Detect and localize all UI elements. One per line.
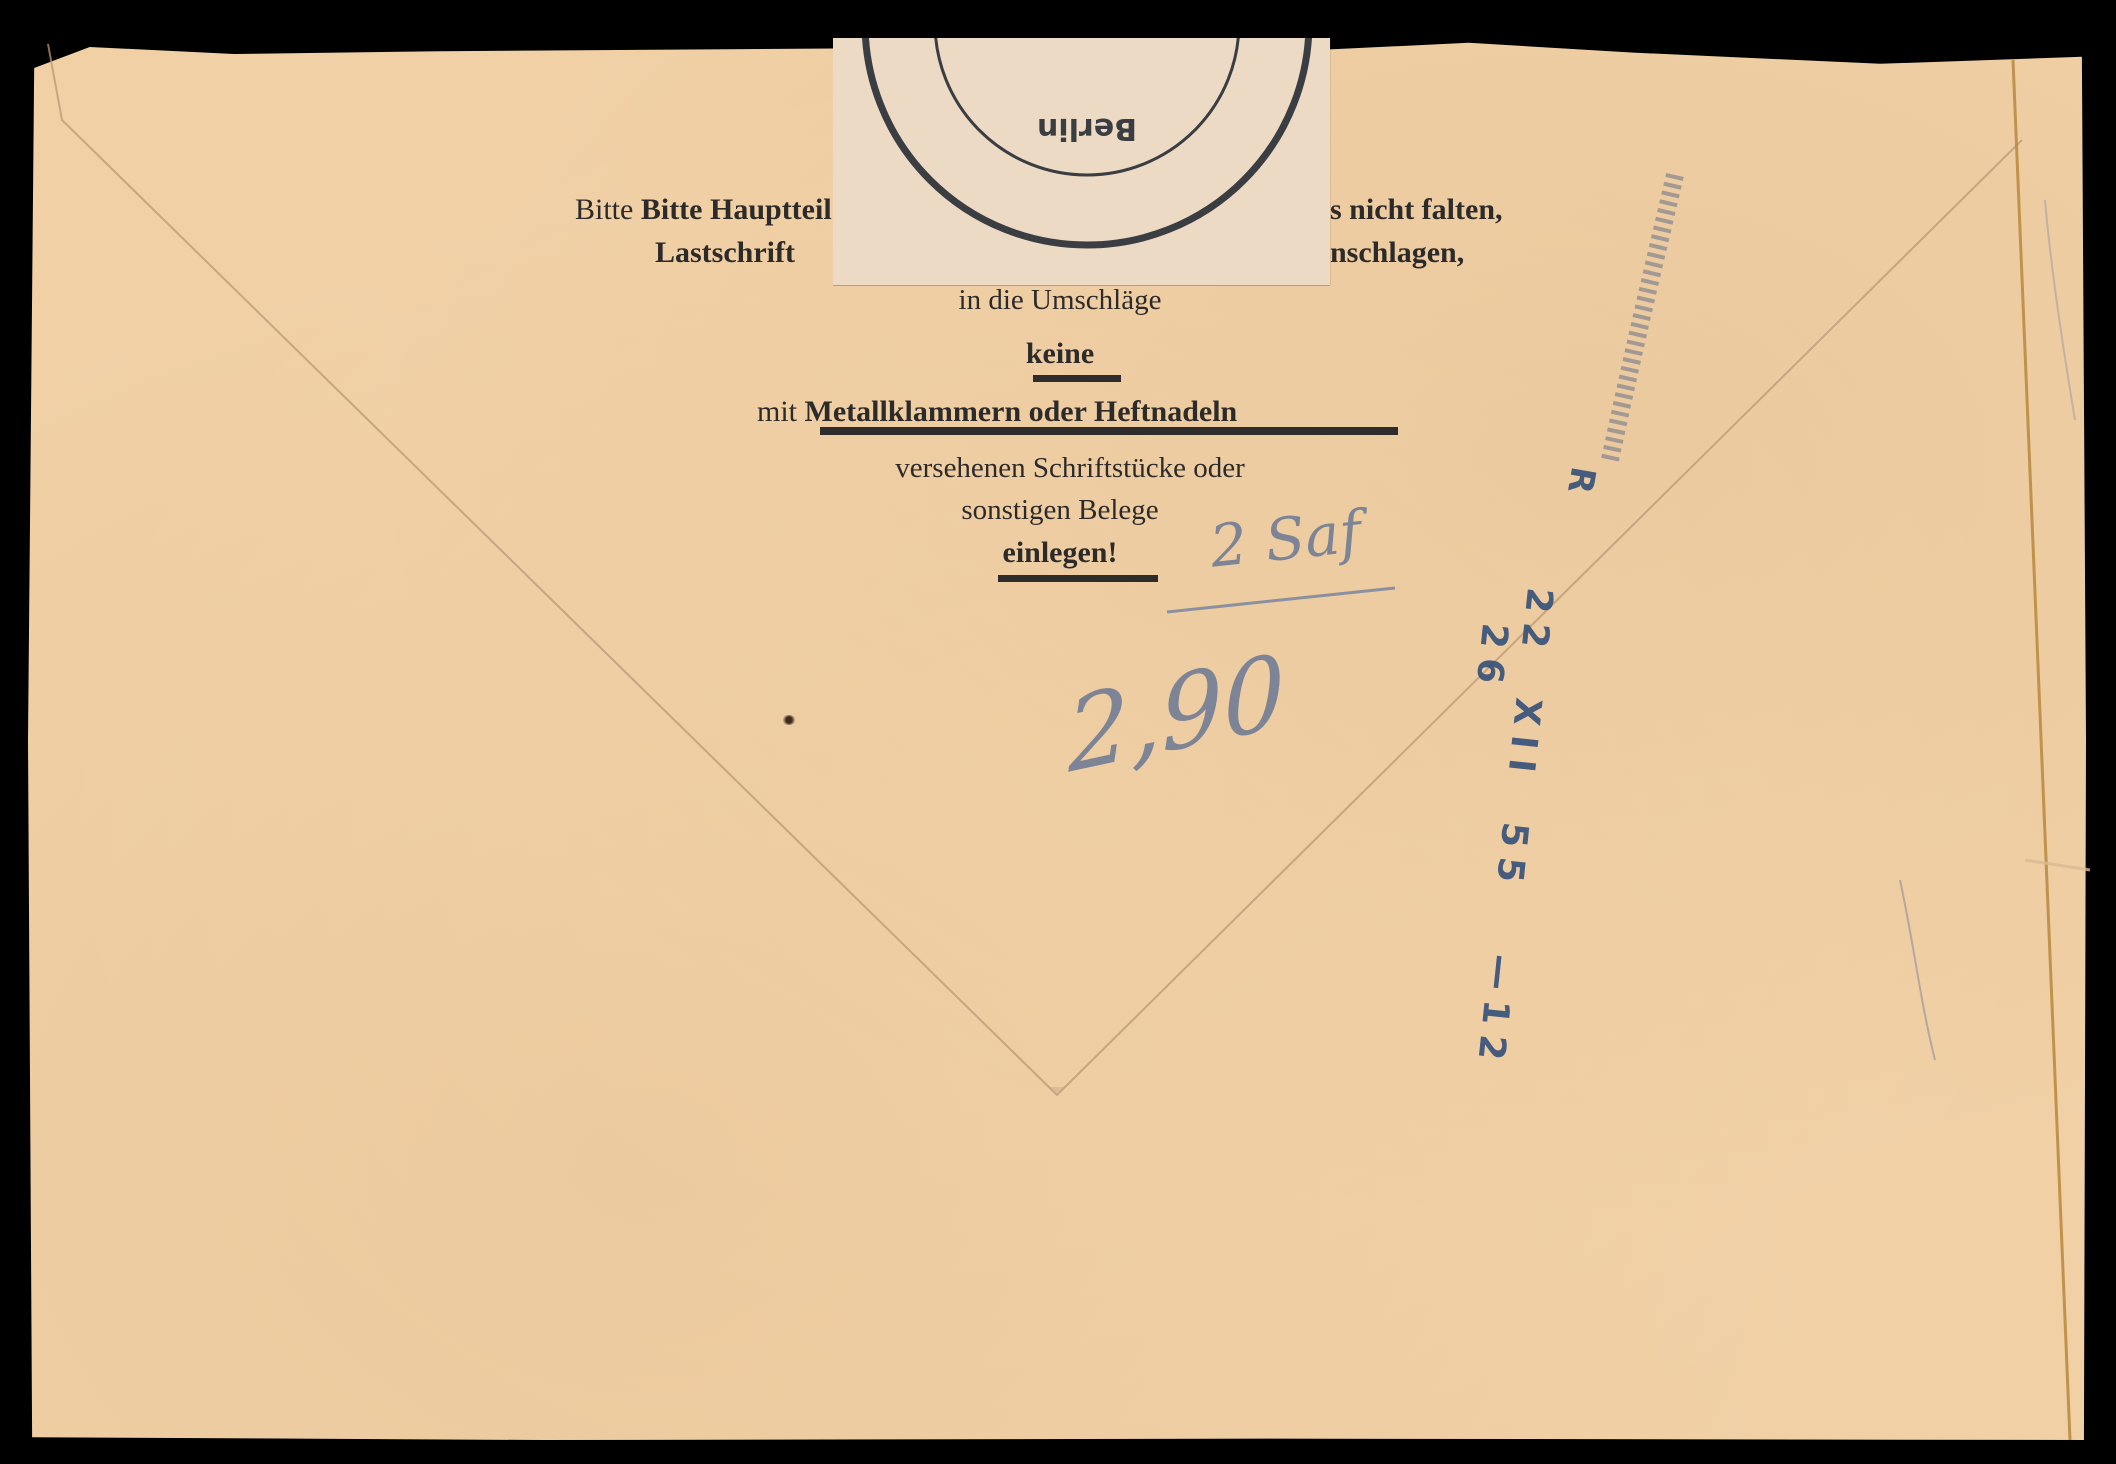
instruction-hauptteil: Bitte Hauptteil: [641, 193, 832, 226]
punch-hole: [782, 715, 796, 725]
postscheckamt-seal-icon: Postscheckamt Berlin: [833, 38, 1330, 285]
pencil-underline-icon: [1165, 580, 1405, 620]
seal-inner-text: Berlin: [1037, 111, 1137, 146]
seal-label: Postscheckamt Berlin: [833, 38, 1330, 285]
underline-metallklammern: [820, 427, 1398, 435]
instruction-line1-right: s nicht falten,: [1330, 193, 1503, 227]
instruction-line7: sonstigen Belege: [900, 494, 1220, 527]
instruction-keine: keine: [960, 337, 1160, 371]
instruction-metallklammern: Metallklammern oder Heftnadeln: [805, 395, 1238, 428]
instruction-line2-left: Lastschrift: [655, 236, 795, 270]
postmark-code: 26: [1467, 621, 1515, 695]
instruction-bitte: Bitte: [575, 193, 641, 226]
postmark-day: 22: [1512, 586, 1560, 660]
instruction-line6: versehenen Schriftstücke oder: [830, 452, 1310, 485]
smudged-postmark-icon: [1580, 160, 1700, 490]
instruction-line1-left: Bitte Bitte Hauptteil: [575, 193, 832, 227]
underline-keine: [1033, 375, 1121, 382]
postmark-year: 55: [1487, 820, 1535, 894]
instruction-line2-right: nschlagen,: [1330, 236, 1464, 270]
instruction-line5: mit Metallklammern oder Heftnadeln: [757, 395, 1237, 429]
postmark-month: XII: [1499, 696, 1549, 784]
underline-einlegen: [998, 575, 1158, 582]
instruction-line3: in die Umschläge: [900, 284, 1220, 317]
instruction-einlegen: einlegen!: [960, 536, 1160, 570]
instruction-mit: mit: [757, 395, 797, 428]
